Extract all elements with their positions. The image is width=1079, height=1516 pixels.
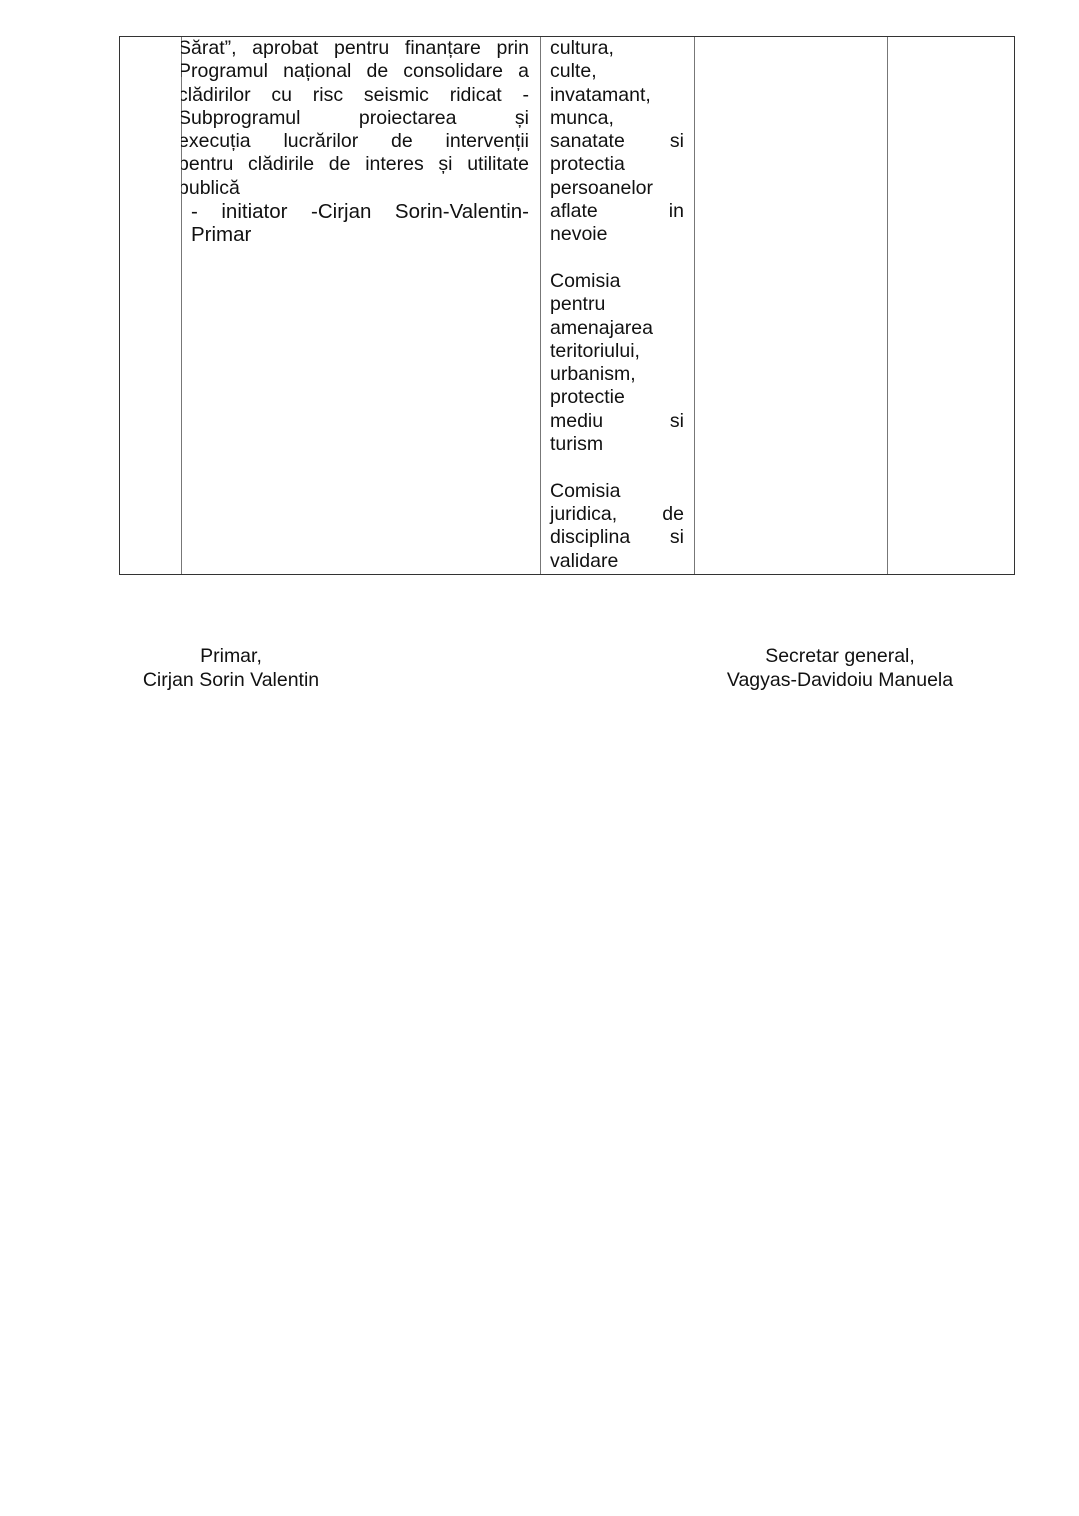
commission-line: urbanism, — [550, 363, 684, 386]
commission-culture: cultura, culte, invatamant, munca, sanat… — [550, 37, 684, 247]
commission-line: pentru — [550, 293, 684, 316]
commission-line: mediu si — [550, 410, 684, 433]
description-line: Sărat”, aprobat pentru finanțare prin — [181, 37, 529, 60]
commission-line: validare — [550, 550, 684, 573]
commission-line: juridica, de — [550, 503, 684, 526]
description-line: publică — [181, 177, 529, 200]
commission-line: Comisia — [550, 480, 684, 503]
agenda-table: Sărat”, aprobat pentru finanțare prin Pr… — [119, 36, 1015, 575]
description-line: execuția lucrărilor de intervenții — [181, 130, 529, 153]
commission-line: protectie — [550, 386, 684, 409]
commission-line: cultura, — [550, 37, 684, 60]
secretary-title: Secretar general, — [700, 645, 980, 669]
commission-line: sanatate si — [550, 130, 684, 153]
commission-line: nevoie — [550, 223, 684, 246]
commission-line: culte, — [550, 60, 684, 83]
commission-line: Comisia — [550, 270, 684, 293]
secretary-name: Vagyas-Davidoiu Manuela — [700, 669, 980, 693]
secretary-signature: Secretar general, Vagyas-Davidoiu Manuel… — [700, 645, 980, 692]
column-divider — [540, 37, 541, 574]
description-cell: Sărat”, aprobat pentru finanțare prin Pr… — [181, 37, 529, 247]
description-line: Programul național de consolidare a — [181, 60, 529, 83]
initiator-line: Primar — [181, 223, 529, 246]
column-divider — [887, 37, 888, 574]
commission-line: amenajarea — [550, 317, 684, 340]
commission-line: turism — [550, 433, 684, 456]
column-divider — [694, 37, 695, 574]
mayor-name: Cirjan Sorin Valentin — [100, 669, 362, 693]
description-line: Subprogramul proiectarea și — [181, 107, 529, 130]
commission-line: invatamant, — [550, 84, 684, 107]
commission-urbanism: Comisia pentru amenajarea teritoriului, … — [550, 270, 684, 456]
commission-line: teritoriului, — [550, 340, 684, 363]
commission-line: aflate in — [550, 200, 684, 223]
commissions-cell: cultura, culte, invatamant, munca, sanat… — [550, 37, 684, 573]
commission-line: persoanelor — [550, 177, 684, 200]
commission-line: munca, — [550, 107, 684, 130]
mayor-title: Primar, — [100, 645, 362, 669]
mayor-signature: Primar, Cirjan Sorin Valentin — [100, 645, 362, 692]
commission-line: disciplina si — [550, 526, 684, 549]
commission-line: protectia — [550, 153, 684, 176]
project-description: Sărat”, aprobat pentru finanțare prin Pr… — [181, 37, 529, 200]
description-line: clădirilor cu risc seismic ridicat - — [181, 84, 529, 107]
description-line: pentru clădirile de interes și utilitate — [181, 153, 529, 176]
initiator-line: - initiator -Cirjan Sorin-Valentin- — [181, 200, 529, 223]
commission-legal: Comisia juridica, de disciplina si valid… — [550, 480, 684, 573]
